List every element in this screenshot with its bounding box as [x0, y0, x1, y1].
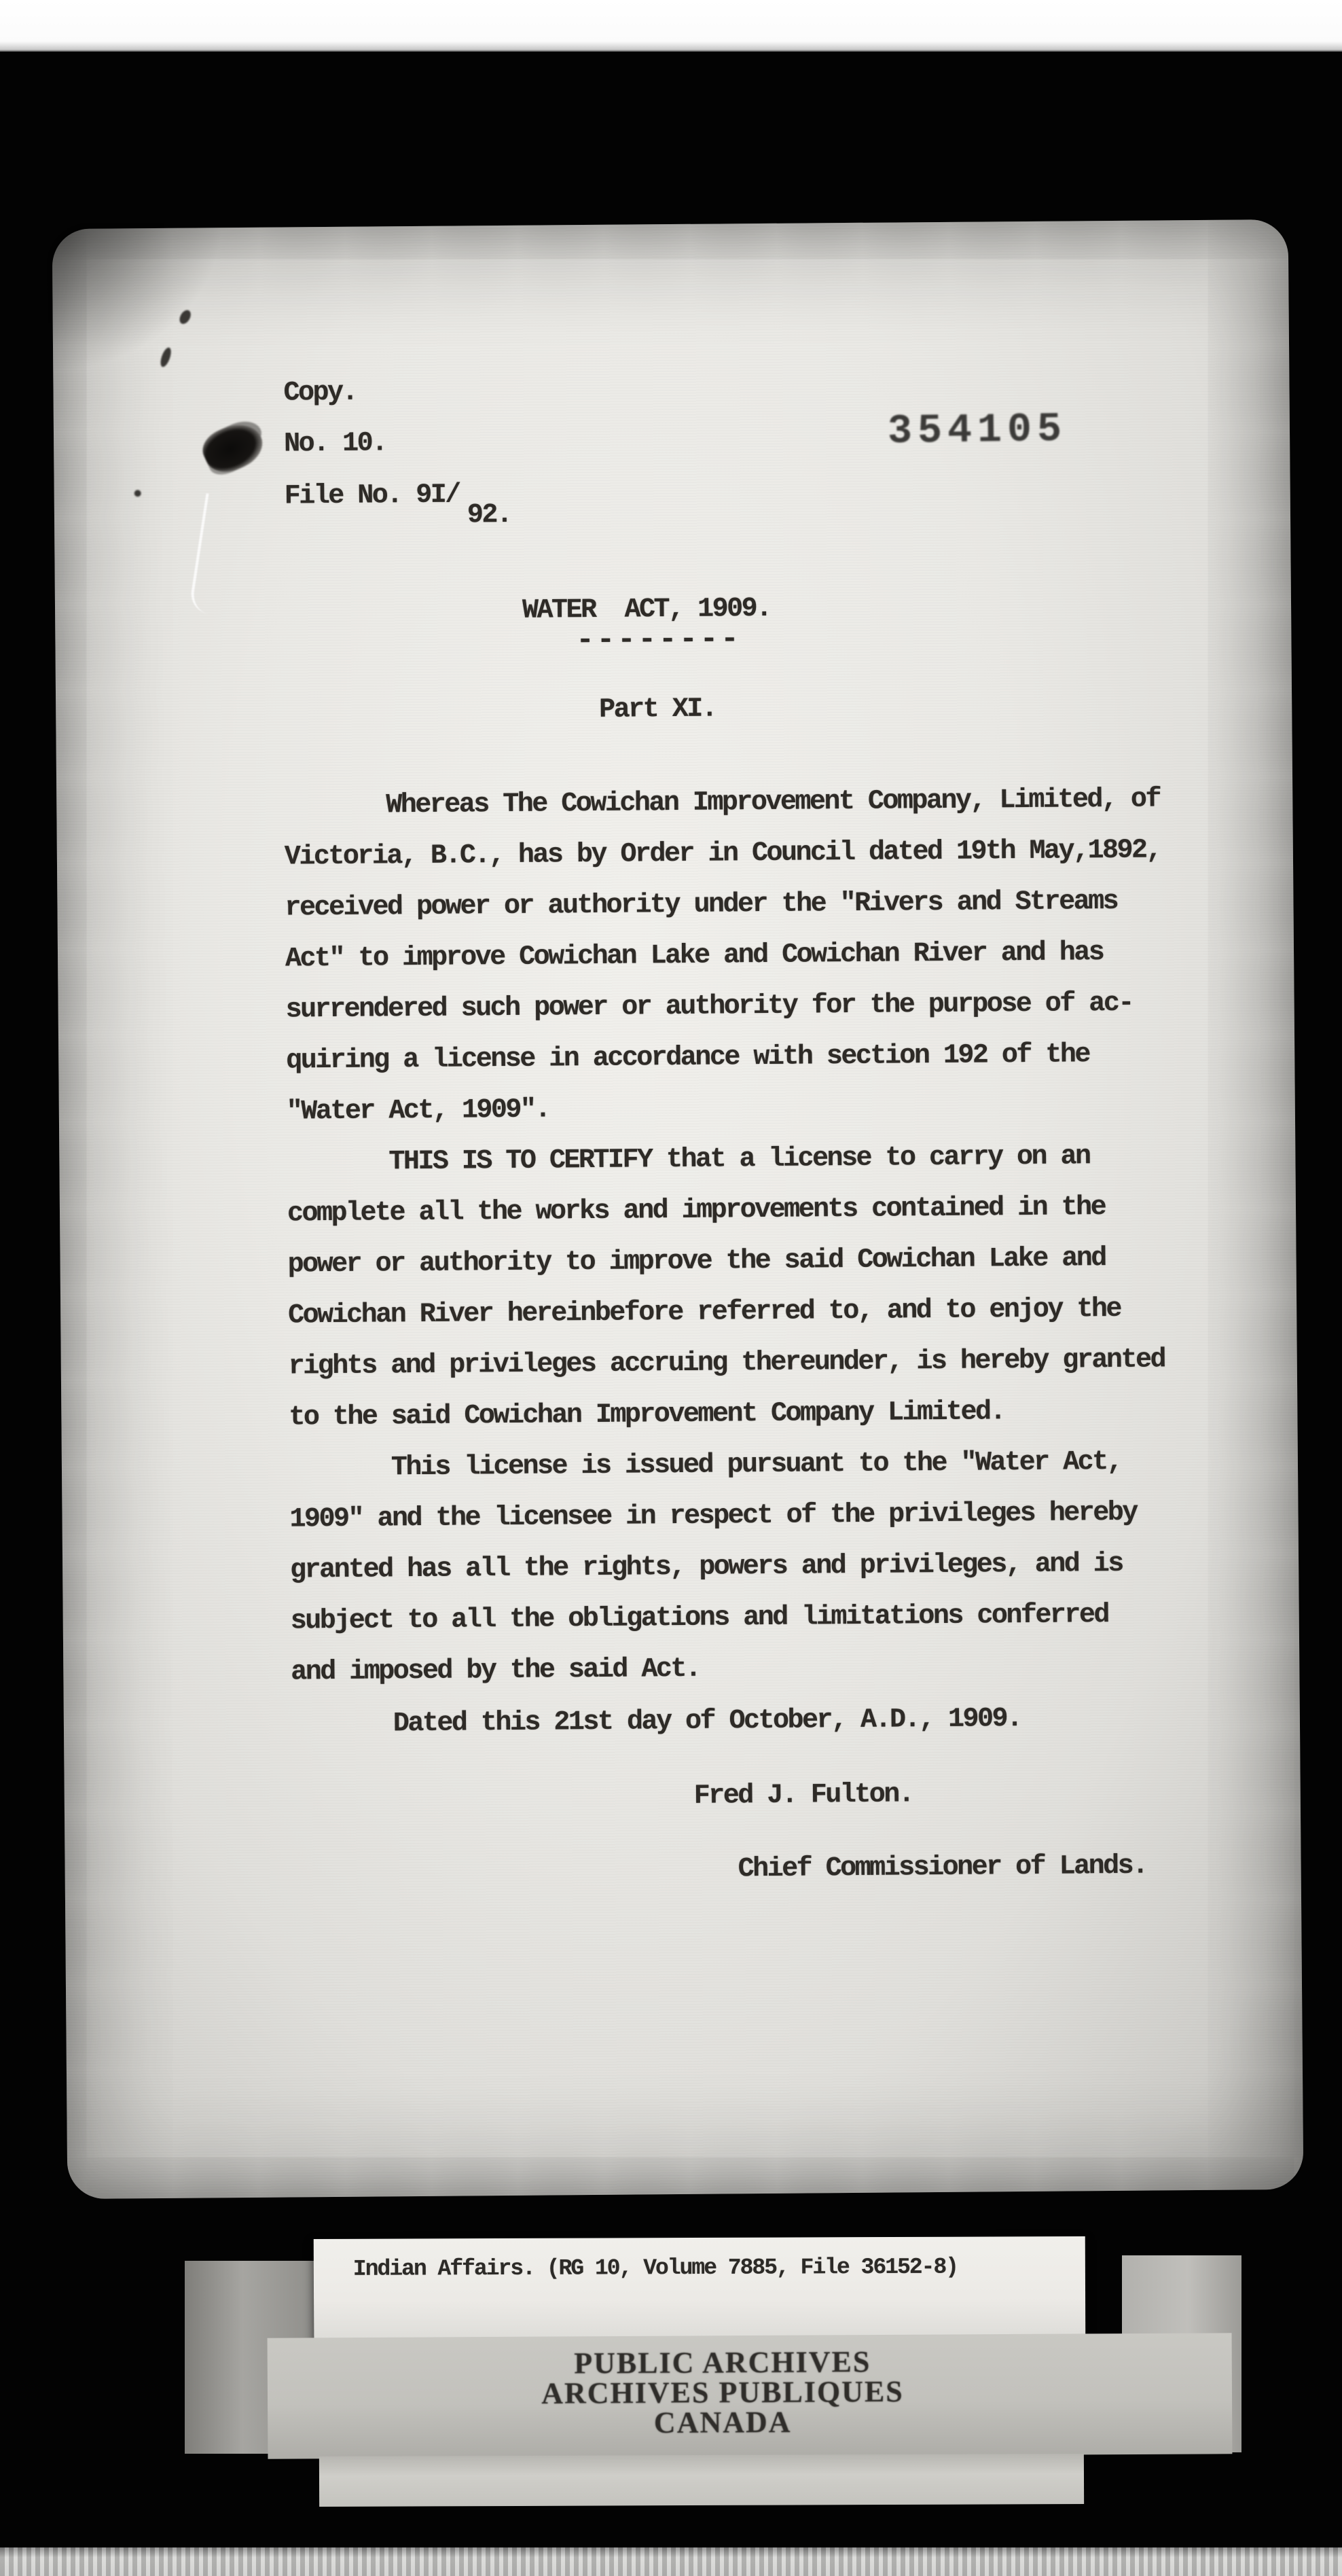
- title-underline: --------: [576, 624, 742, 656]
- paragraph-whereas: Whereas The Cowichan Improvement Company…: [284, 774, 1237, 1138]
- dated-line: Dated this 21st day of October, A.D., 19…: [393, 1706, 1021, 1738]
- signature-name: Fred J. Fulton.: [694, 1781, 913, 1810]
- archival-reference-text: Indian Affairs. (RG 10, Volume 7885, Fil…: [353, 2255, 958, 2282]
- document-page: Copy. No. 10. File No. 9I/ 92. 354105 WA…: [52, 219, 1304, 2199]
- film-scratch-mark: [189, 493, 227, 614]
- copy-label: Copy.: [283, 380, 357, 408]
- microfilm-scan-frame: Copy. No. 10. File No. 9I/ 92. 354105 WA…: [0, 0, 1342, 2576]
- public-archives-stamp: PUBLIC ARCHIVES ARCHIVES PUBLIQUES CANAD…: [240, 2345, 1205, 2439]
- film-speck: [158, 346, 173, 368]
- signature-title: Chief Commissioner of Lands.: [738, 1853, 1146, 1884]
- film-speck: [134, 490, 141, 497]
- stamp-line-french: ARCHIVES PUBLIQUES: [240, 2375, 1205, 2410]
- film-strip-bottom: [0, 2547, 1342, 2576]
- paragraph-certify: THIS IS TO CERTIFY that a license to car…: [287, 1130, 1239, 1444]
- document-number: No. 10.: [284, 430, 386, 458]
- stamp-line-canada: CANADA: [240, 2405, 1205, 2439]
- document-title: WATER ACT, 1909.: [522, 596, 771, 625]
- film-strip-top: [0, 0, 1342, 52]
- file-number-denominator: 92.: [467, 502, 511, 530]
- file-number: File No. 9I/: [285, 482, 460, 510]
- public-archives-stamp-board: PUBLIC ARCHIVES ARCHIVES PUBLIQUES CANAD…: [268, 2333, 1233, 2458]
- archive-stamp-number: 354105: [888, 410, 1068, 452]
- paragraph-license: This license is issued pursuant to the "…: [289, 1436, 1242, 1698]
- stamp-line-english: PUBLIC ARCHIVES: [240, 2345, 1205, 2380]
- stand-lower-board: [319, 2454, 1084, 2507]
- document-body: Whereas The Cowichan Improvement Company…: [284, 774, 1242, 1698]
- ink-smudge-mark: [197, 416, 270, 480]
- part-heading: Part XI.: [599, 696, 716, 724]
- film-speck: [177, 308, 193, 326]
- archival-reference-label: Indian Affairs. (RG 10, Volume 7885, Fil…: [314, 2236, 1086, 2341]
